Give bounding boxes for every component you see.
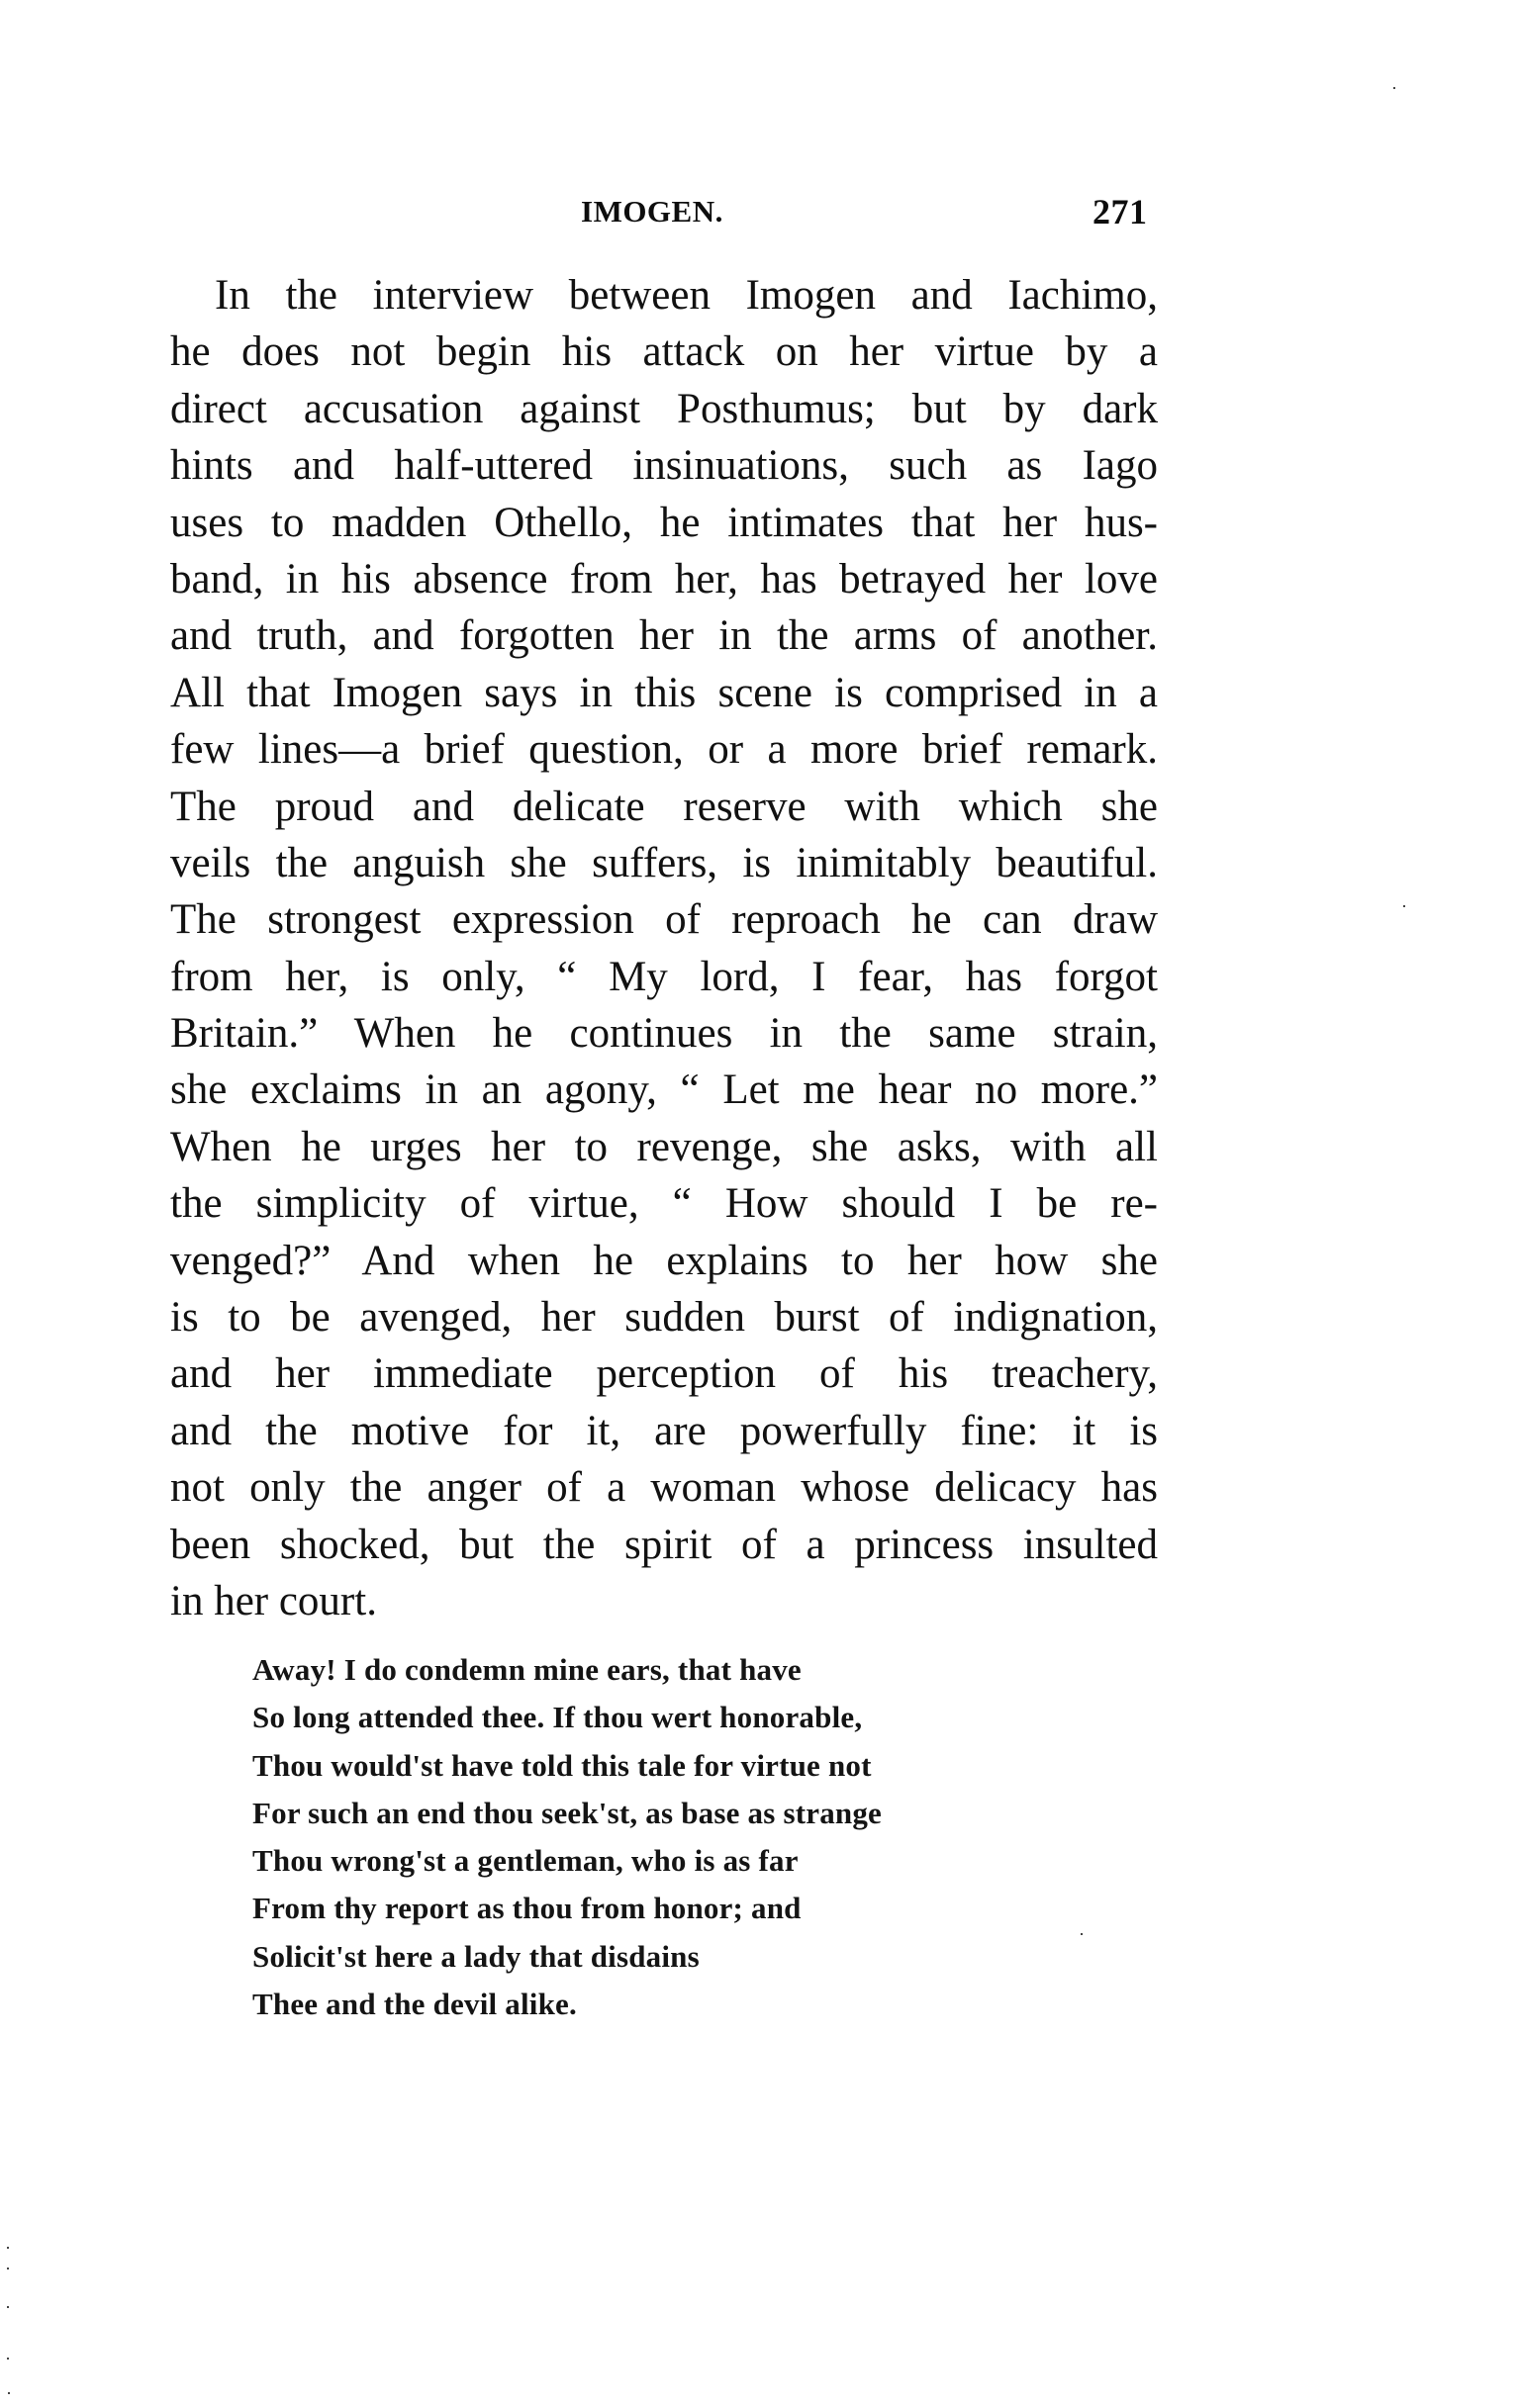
verse-line: Thee and the devil alike. [252, 1981, 882, 2028]
body-line: been shocked, but the spirit of a prince… [170, 1517, 1158, 1573]
body-line: she exclaims in an agony, “ Let me hear … [170, 1062, 1158, 1118]
body-line: venged?” And when he explains to her how… [170, 1233, 1158, 1289]
verse-line: From thy report as thou from honor; and [252, 1885, 882, 1932]
scan-speck [1393, 87, 1395, 89]
body-line: not only the anger of a woman whose deli… [170, 1459, 1158, 1516]
scan-speck [1403, 905, 1405, 907]
body-line: When he urges her to revenge, she asks, … [170, 1119, 1158, 1175]
scan-speck [8, 2392, 10, 2394]
page-number: 271 [1092, 194, 1148, 230]
body-line: is to be avenged, her sudden burst of in… [170, 1289, 1158, 1345]
scan-speck [7, 2247, 9, 2249]
verse-line: Thou wrong'st a gentleman, who is as far [252, 1837, 882, 1885]
body-line: band, in his absence from her, has betra… [170, 551, 1158, 607]
body-line: All that Imogen says in this scene is co… [170, 665, 1158, 721]
body-line: hints and half-uttered insinuations, suc… [170, 437, 1158, 494]
body-line: The strongest expression of reproach he … [170, 891, 1158, 948]
body-line: and the motive for it, are powerfully fi… [170, 1403, 1158, 1459]
body-paragraph: In the interview between Imogen and Iach… [170, 267, 1158, 1629]
body-line: and her immediate perception of his trea… [170, 1345, 1158, 1402]
body-line: direct accusation against Posthumus; but… [170, 381, 1158, 437]
body-line: in her court. [170, 1573, 1158, 1629]
body-line: from her, is only, “ My lord, I fear, ha… [170, 949, 1158, 1005]
verse-line: For such an end thou seek'st, as base as… [252, 1790, 882, 1837]
book-page: IMOGEN. 271 In the interview between Imo… [0, 0, 1520, 2408]
body-line: few lines—a brief question, or a more br… [170, 721, 1158, 778]
verse-line: Thou would'st have told this tale for vi… [252, 1742, 882, 1790]
verse-quotation: Away! I do condemn mine ears, that have … [252, 1646, 882, 2028]
body-line: he does not begin his attack on her virt… [170, 324, 1158, 380]
scan-speck [7, 2306, 9, 2308]
body-line: the simplicity of virtue, “ How should I… [170, 1175, 1158, 1232]
body-line: Britain.” When he continues in the same … [170, 1005, 1158, 1062]
body-line: and truth, and forgotten her in the arms… [170, 607, 1158, 664]
body-line: In the interview between Imogen and Iach… [170, 267, 1158, 324]
scan-speck [7, 2358, 9, 2360]
verse-line: Away! I do condemn mine ears, that have [252, 1646, 882, 1694]
verse-line: Solicit'st here a lady that disdains [252, 1933, 882, 1981]
verse-line: So long attended thee. If thou wert hono… [252, 1694, 882, 1741]
scan-speck [1081, 1933, 1083, 1935]
body-line: veils the anguish she suffers, is inimit… [170, 835, 1158, 891]
body-line: The proud and delicate reserve with whic… [170, 779, 1158, 835]
body-line: uses to madden Othello, he intimates tha… [170, 495, 1158, 551]
running-head-title: IMOGEN. [581, 196, 723, 227]
scan-speck [7, 2268, 9, 2269]
